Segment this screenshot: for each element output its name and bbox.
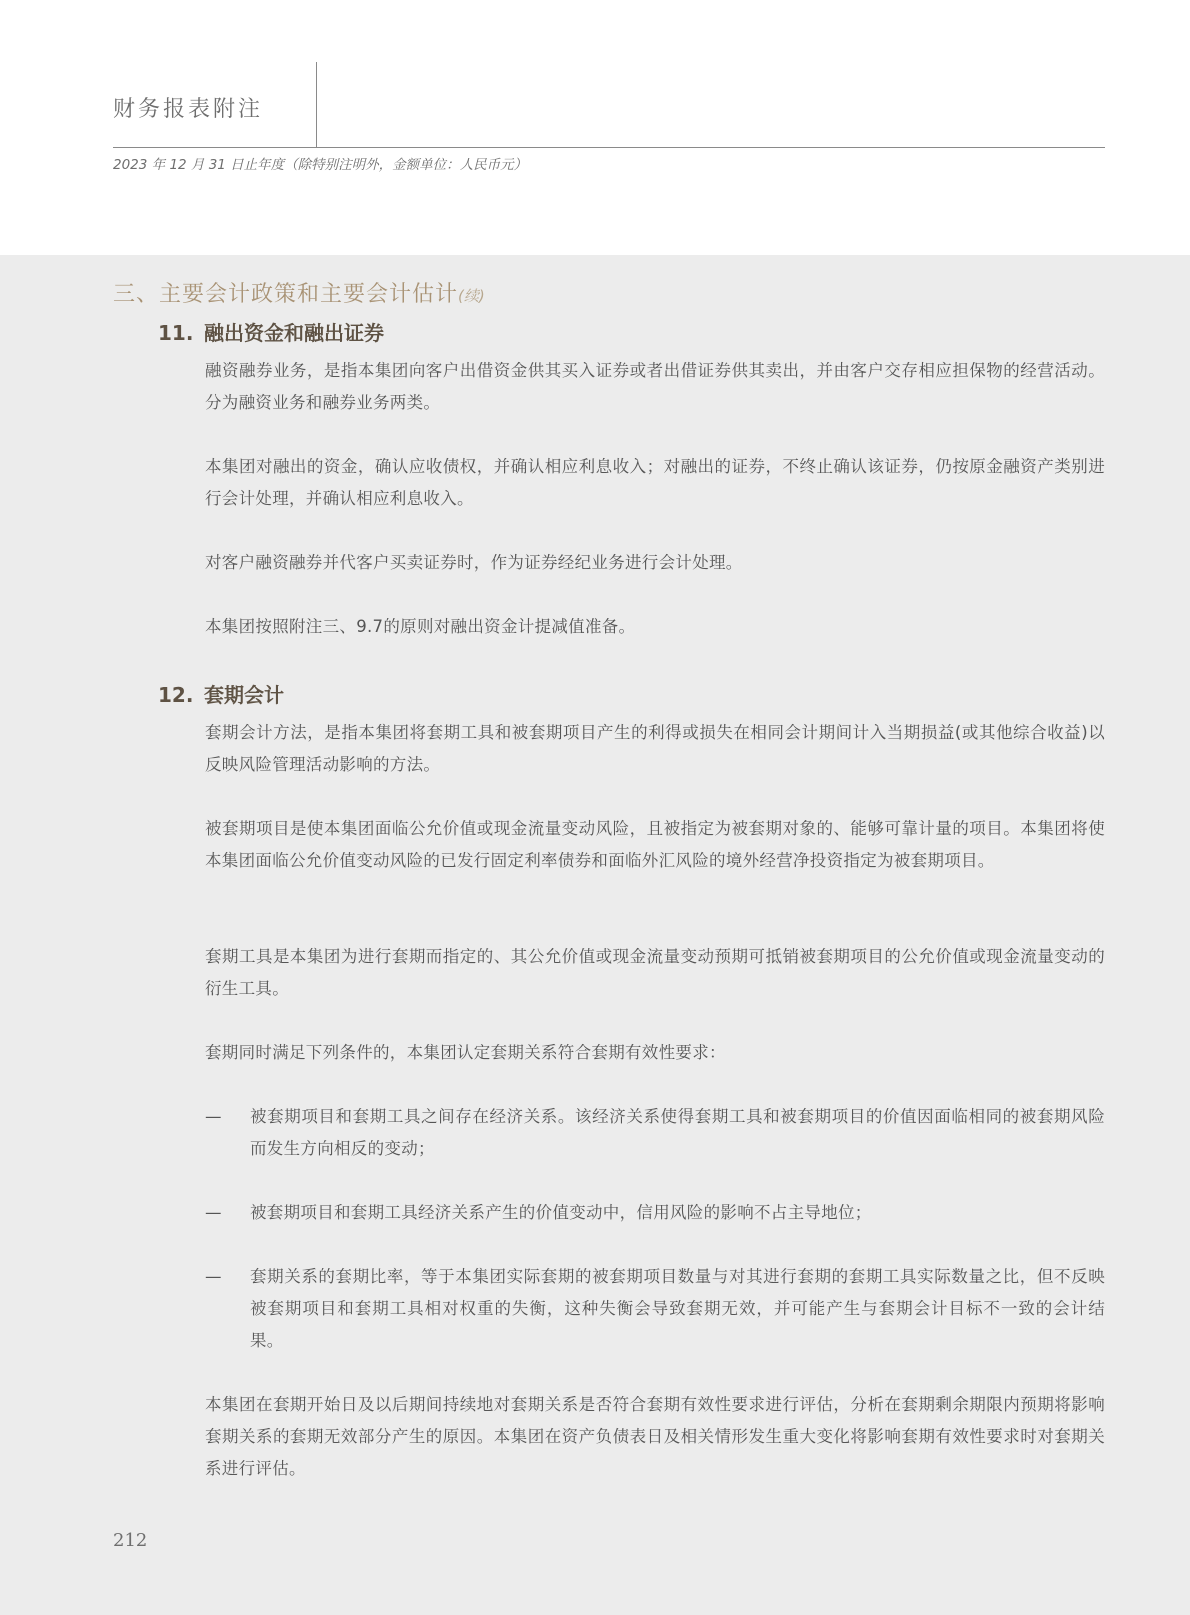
dash-bullet-icon: — [205, 1197, 225, 1229]
section-continued-label: (续) [458, 287, 485, 305]
dash-bullet-icon: — [205, 1101, 225, 1133]
page-number: 212 [113, 1530, 147, 1551]
paragraph: 本集团对融出的资金，确认应收债权，并确认相应利息收入；对融出的证券，不终止确认该… [205, 451, 1105, 515]
paragraph: 套期同时满足下列条件的，本集团认定套期关系符合套期有效性要求： [205, 1037, 1105, 1069]
subsection-title: 融出资金和融出证券 [204, 321, 384, 345]
closing-paragraph: 本集团在套期开始日及以后期间持续地对套期关系是否符合套期有效性要求进行评估，分析… [205, 1389, 1105, 1485]
list-item: — 被套期项目和套期工具经济关系产生的价值变动中，信用风险的影响不占主导地位； [205, 1197, 1105, 1229]
page-header: 财务报表附注 2023 年 12 月 31 日止年度（除特别注明外，金额单位：人… [0, 0, 1190, 255]
list-item-text: 被套期项目和套期工具经济关系产生的价值变动中，信用风险的影响不占主导地位； [250, 1197, 1105, 1229]
subsection-heading-11: 11.融出资金和融出证券 [158, 317, 384, 346]
paragraph: 被套期项目是使本集团面临公允价值或现金流量变动风险，且被指定为被套期对象的、能够… [205, 813, 1105, 877]
list-item-text: 套期关系的套期比率，等于本集团实际套期的被套期项目数量与对其进行套期的套期工具实… [250, 1261, 1105, 1357]
list-item: — 被套期项目和套期工具之间存在经济关系。该经济关系使得套期工具和被套期项目的价… [205, 1101, 1105, 1165]
dash-bullet-icon: — [205, 1261, 225, 1293]
subsection-number: 11. [158, 321, 204, 345]
subsection-title: 套期会计 [204, 683, 284, 707]
paragraph: 对客户融资融券并代客户买卖证券时，作为证券经纪业务进行会计处理。 [205, 547, 1105, 579]
paragraph: 套期工具是本集团为进行套期而指定的、其公允价值或现金流量变动预期可抵销被套期项目… [205, 941, 1105, 1005]
paragraph: 套期会计方法，是指本集团将套期工具和被套期项目产生的利得或损失在相同会计期间计入… [205, 717, 1105, 781]
section-title: 三、主要会计政策和主要会计估计(续) [113, 277, 485, 308]
page-body: 三、主要会计政策和主要会计估计(续) 11.融出资金和融出证券 融资融券业务，是… [0, 255, 1190, 1615]
document-subtitle: 2023 年 12 月 31 日止年度（除特别注明外，金额单位：人民币元） [113, 153, 527, 173]
subsection-heading-12: 12.套期会计 [158, 679, 284, 708]
header-horizontal-divider [113, 147, 1105, 148]
subsection-number: 12. [158, 683, 204, 707]
paragraph: 融资融券业务，是指本集团向客户出借资金供其买入证券或者出借证券供其卖出，并由客户… [205, 355, 1105, 419]
paragraph: 本集团按照附注三、9.7的原则对融出资金计提减值准备。 [205, 611, 1105, 643]
list-item-text: 被套期项目和套期工具之间存在经济关系。该经济关系使得套期工具和被套期项目的价值因… [250, 1101, 1105, 1165]
section-title-text: 三、主要会计政策和主要会计估计 [113, 282, 458, 307]
list-item: — 套期关系的套期比率，等于本集团实际套期的被套期项目数量与对其进行套期的套期工… [205, 1261, 1105, 1357]
document-title: 财务报表附注 [113, 92, 263, 123]
header-vertical-divider [316, 62, 317, 147]
